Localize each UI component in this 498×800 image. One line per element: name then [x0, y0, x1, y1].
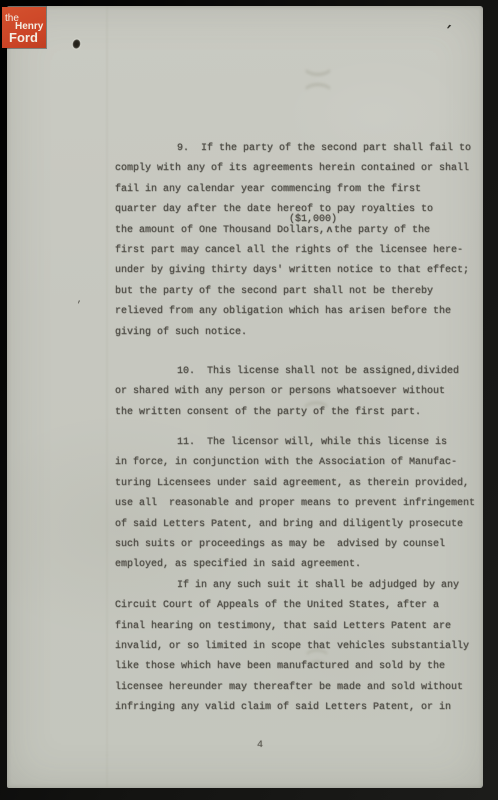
text-line: under by giving thirty days' written not…: [115, 261, 487, 281]
text-line: final hearing on testimony, that said Le…: [115, 617, 487, 637]
text-line: If in any such suit it shall be adjudged…: [115, 576, 487, 596]
text-line: fail in any calendar year commencing fro…: [115, 180, 487, 200]
text-line: use all reasonable and proper means to p…: [115, 494, 487, 514]
text-line: 9. If the party of the second part shall…: [115, 139, 487, 159]
logo-word-ford: Ford: [9, 31, 38, 44]
text-line: like those which have been manufactured …: [115, 657, 487, 677]
text-line: first part may cancel all the rights of …: [115, 241, 487, 261]
text-line: infringing any valid claim of said Lette…: [115, 698, 487, 718]
text-line: employed, as specified in said agreement…: [115, 555, 487, 575]
text-line: but the party of the second part shall n…: [115, 282, 487, 302]
paper-crease: [105, 6, 109, 788]
stray-mark: ’: [442, 23, 453, 38]
hole-punch: [68, 35, 84, 53]
amount-line-after: the party of the: [334, 225, 430, 236]
text-line: or shared with any person or persons wha…: [115, 382, 487, 402]
paper-sheet: )( )( (( ’ ’ 9. If the party of the seco…: [7, 6, 483, 788]
text-line: 10. This license shall not be assigned,d…: [115, 362, 487, 382]
text-line: comply with any of its agreements herein…: [115, 159, 487, 179]
text-line: Circuit Court of Appeals of the United S…: [115, 596, 487, 616]
text-line: the written consent of the party of the …: [115, 403, 487, 423]
stray-mark: ’: [76, 302, 82, 312]
interlinear-insertion: ($1,000): [289, 210, 337, 230]
text-line: giving of such notice.: [115, 323, 487, 343]
text-line: licensee hereunder may thereafter be mad…: [115, 678, 487, 698]
paragraph-10: 10. This license shall not be assigned,d…: [115, 362, 487, 423]
text-line: of said Letters Patent, and bring and di…: [115, 515, 487, 535]
text-line: in force, in conjunction with the Associ…: [115, 453, 487, 473]
text-line: relieved from any obligation which has a…: [115, 302, 487, 322]
typewritten-text: 9. If the party of the second part shall…: [115, 139, 487, 719]
text-line: invalid, or so limited in scope that veh…: [115, 637, 487, 657]
paragraph-11: 11. The licensor will, while this licens…: [115, 433, 487, 576]
paragraph-9: 9. If the party of the second part shall…: [115, 139, 487, 343]
paragraph-12: If in any such suit it shall be adjudged…: [115, 576, 487, 719]
text-line: such suits or proceedings as may be advi…: [115, 535, 487, 555]
text-line: 11. The licensor will, while this licens…: [115, 433, 487, 453]
henry-ford-logo: the Henry Ford: [2, 7, 46, 48]
text-line-with-insertion: the amount of One Thousand Dollars,^the …: [115, 221, 487, 241]
text-line: turing Licensees under said agreement, a…: [115, 474, 487, 494]
page-number: 4: [250, 740, 270, 751]
bleed-through-mark: )(: [304, 69, 335, 94]
scanned-document-page: { "branding": { "logo_line1": "the", "lo…: [0, 0, 498, 800]
